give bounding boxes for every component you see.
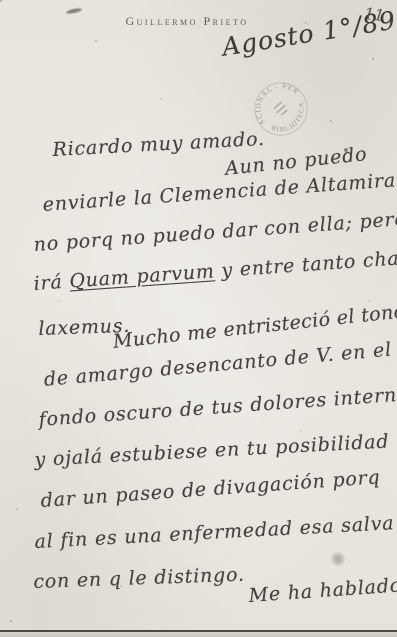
- line-segment: irá: [33, 271, 70, 295]
- underlined-phrase: Quam parvum: [69, 260, 216, 292]
- body-line: irá Quam parvum y entre tanto chan: [33, 247, 397, 295]
- stamp-arc-bottom-text: BIBLIOTECA: [268, 98, 315, 143]
- body-line: dar un paseo de divagación porq: [40, 466, 381, 512]
- body-line: enviarle la Clemencia de Altamirano: [42, 168, 397, 216]
- body-line: de amargo desencanto de V. en el: [43, 339, 393, 391]
- scanned-letter-page: Guillermo Prieto 11 Agosto 1°/890. NACIO…: [0, 0, 397, 637]
- body-line: y ojalá estubiese en tu posibilidad: [34, 430, 390, 471]
- svg-text:BIBLIOTECA: BIBLIOTECA: [268, 98, 315, 143]
- line-segment: y entre tanto chan: [214, 247, 397, 283]
- paper-stain: [330, 552, 346, 566]
- stamp-center-marks: [273, 102, 288, 117]
- scan-edge-line: [0, 630, 397, 632]
- body-line: Me ha hablado: [248, 574, 397, 607]
- body-line: no porq no puedo dar con ella; pero: [33, 208, 397, 256]
- scan-edge-shade: [0, 632, 397, 637]
- body-line: con en q le distingo.: [33, 564, 245, 593]
- handwritten-date: Agosto 1°/890.: [220, 1, 397, 61]
- body-line: al fin es una enfermedad esa salva: [34, 512, 395, 553]
- body-line: fondo oscuro de tus dolores internos,: [38, 382, 397, 431]
- paper-speckles: [0, 0, 2, 2]
